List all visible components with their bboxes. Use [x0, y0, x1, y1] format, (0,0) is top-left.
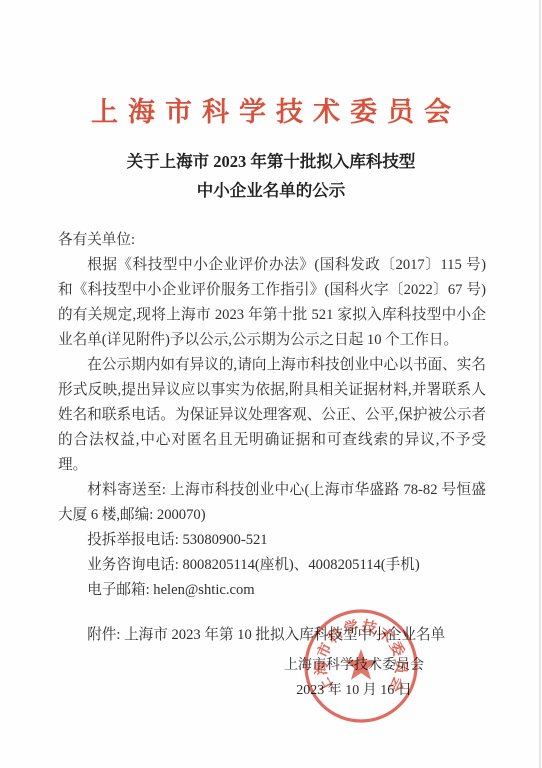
consulting-phone-line: 业务咨询电话: 8008205114(座机)、4008205114(手机)	[58, 553, 486, 578]
subtitle-line-2: 中小企业名单的公示	[0, 176, 542, 205]
subtitle-line-1: 关于上海市 2023 年第十批拟入库科技型	[0, 147, 542, 176]
seal-star-icon	[345, 649, 377, 680]
salutation: 各有关单位:	[58, 228, 486, 253]
paragraph-mailing-address: 材料寄送至: 上海市科技创业中心(上海市华盛路 78-82 号恒盛大厦 6 楼,…	[58, 478, 486, 528]
scan-edge-artifact	[539, 0, 541, 768]
document-subtitle: 关于上海市 2023 年第十批拟入库科技型 中小企业名单的公示	[0, 147, 542, 205]
paragraph-objection-procedure: 在公示期内如有异议的,请向上海市科技创业中心以书面、实名形式反映,提出异议应以事…	[58, 353, 486, 478]
attachment-line: 附件: 上海市 2023 年第 10 批拟入库科技型中小企业名单	[58, 623, 486, 648]
org-title: 上海市科学技术委员会	[0, 95, 542, 129]
document-body: 各有关单位: 根据《科技型中小企业评价办法》(国科发政〔2017〕115 号)和…	[58, 228, 486, 648]
email-line: 电子邮箱: helen@shtic.com	[58, 578, 486, 603]
document-page: 上海市科学技术委员会 关于上海市 2023 年第十批拟入库科技型 中小企业名单的…	[0, 0, 542, 768]
paragraph-evaluation-basis: 根据《科技型中小企业评价办法》(国科发政〔2017〕115 号)和《科技型中小企…	[58, 253, 486, 353]
complaint-phone-line: 投拆举报电话: 53080900-521	[58, 528, 486, 553]
official-seal: 上海市科学技术委员会	[301, 606, 421, 726]
